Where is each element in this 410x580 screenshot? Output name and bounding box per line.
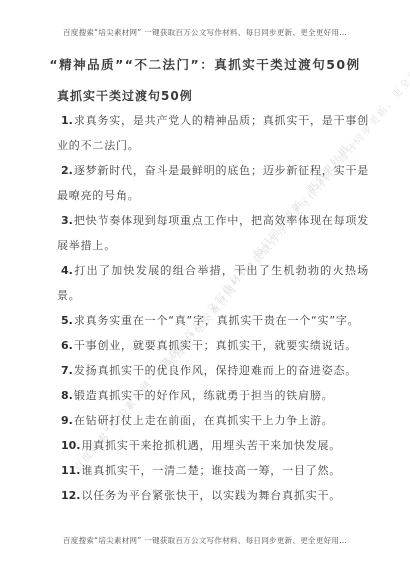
item-text: 打出了加快发展的组合举措，干出了生机勃勃的火热场景。: [57, 264, 369, 302]
item-text: 锻造真抓实干的好作风，练就勇于担当的铁肩膀。: [74, 389, 334, 402]
list-item: 3.把快节奏体现到每项重点工作中，把高效率体现在每项发展举措上。: [57, 208, 369, 258]
item-number: 3.: [61, 214, 74, 227]
item-number: 2.: [61, 164, 74, 177]
list-item: 7.发扬真抓实干的优良作风，保持迎难而上的奋进姿态。: [57, 358, 369, 383]
item-number: 8.: [61, 389, 74, 402]
list-item: 1.求真务实，是共产党人的精神品质；真抓实干，是干事创业的不二法门。: [57, 108, 369, 158]
item-text: 以任务为平台紧张快干，以实践为舞台真抓实干。: [82, 489, 342, 502]
item-text: 在钻研打仗上走在前面，在真抓实干上力争上游。: [74, 414, 334, 427]
transition-sentence-list: 1.求真务实，是共产党人的精神品质；真抓实干，是干事创业的不二法门。2.逐梦新时…: [57, 108, 369, 508]
item-number: 10.: [61, 439, 82, 452]
item-number: 6.: [61, 339, 74, 352]
list-item: 6.干事创业，就要真抓实干；真抓实干，就要实绩说话。: [57, 333, 369, 358]
item-number: 11.: [61, 464, 82, 477]
footer-note: 百度搜索“培尖素材网” 一键获取百万公文写作材料、每日同步更新、更全更好用…: [0, 535, 410, 546]
item-number: 7.: [61, 364, 74, 377]
section-heading: 真抓实干类过渡句50例: [57, 87, 193, 104]
list-item: 4.打出了加快发展的组合举措，干出了生机勃勃的火热场景。: [57, 258, 369, 308]
list-item: 2.逐梦新时代，奋斗是最鲜明的底色；迈步新征程，实干是最嘹亮的号角。: [57, 158, 369, 208]
item-text: 发扬真抓实干的优良作风，保持迎难而上的奋进姿态。: [74, 364, 357, 377]
list-item: 9.在钻研打仗上走在前面，在真抓实干上力争上游。: [57, 408, 369, 433]
document-page: 百度搜索“培尖素材网”一键获取百万公文写作材料、每日同步更新、更全更好用… 百度…: [0, 0, 410, 580]
page-title: “精神品质”“不二法门”：真抓实干类过渡句50例: [0, 55, 410, 73]
item-text: 干事创业，就要真抓实干；真抓实干，就要实绩说话。: [74, 339, 357, 352]
item-text: 逐梦新时代，奋斗是最鲜明的底色；迈步新征程，实干是最嘹亮的号角。: [57, 164, 369, 202]
item-text: 谁真抓实干，一清二楚；谁技高一筹，一目了然。: [82, 464, 342, 477]
list-item: 12.以任务为平台紧张快干，以实践为舞台真抓实干。: [57, 483, 369, 508]
item-text: 求真务实重在一个“真”字，真抓实干贵在一个“实”字。: [74, 314, 360, 327]
list-item: 5.求真务实重在一个“真”字，真抓实干贵在一个“实”字。: [57, 308, 369, 333]
item-text: 求真务实，是共产党人的精神品质；真抓实干，是干事创业的不二法门。: [57, 114, 369, 152]
item-number: 5.: [61, 314, 74, 327]
list-item: 10.用真抓实干来抢抓机遇，用埋头苦干来加快发展。: [57, 433, 369, 458]
list-item: 8.锻造真抓实干的好作风，练就勇于担当的铁肩膀。: [57, 383, 369, 408]
list-item: 11.谁真抓实干，一清二楚；谁技高一筹，一目了然。: [57, 458, 369, 483]
item-number: 1.: [61, 114, 74, 127]
item-text: 把快节奏体现到每项重点工作中，把高效率体现在每项发展举措上。: [57, 214, 369, 252]
item-text: 用真抓实干来抢抓机遇，用埋头苦干来加快发展。: [82, 439, 342, 452]
header-note: 百度搜索“培尖素材网” 一键获取百万公文写作材料、每日同步更新、更全更好用…: [0, 27, 410, 38]
item-number: 12.: [61, 489, 82, 502]
item-number: 4.: [61, 264, 74, 277]
item-number: 9.: [61, 414, 74, 427]
